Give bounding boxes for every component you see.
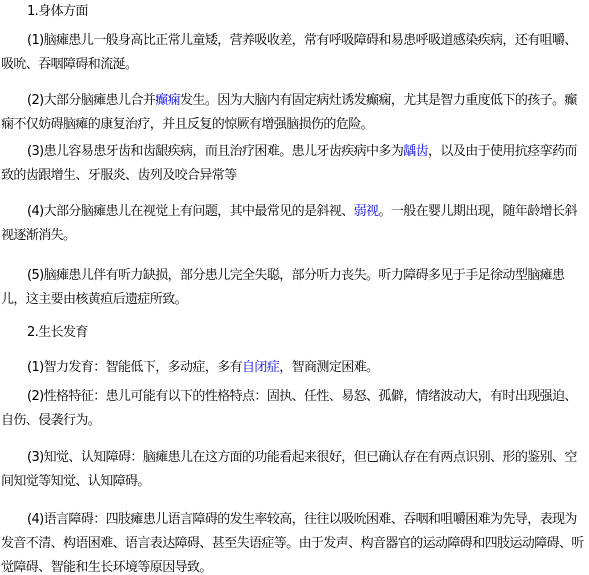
section-heading-body: 1.身体方面 xyxy=(1,0,589,24)
section-heading-growth: 2.生长发育 xyxy=(1,321,589,345)
link-dental-caries[interactable]: 龋齿 xyxy=(403,144,428,159)
paragraph-body-2: (2)大部分脑瘫患儿合并癫痫发生。因为大脑内有固定病灶诱发癫痫，尤其是智力重度低… xyxy=(1,89,589,137)
link-amblyopia[interactable]: 弱视 xyxy=(354,204,379,219)
text: ，智商测定困难。 xyxy=(279,360,378,375)
text: (4)大部分脑瘫患儿在视觉上有问题，其中最常见的是斜视、 xyxy=(27,204,354,219)
paragraph-growth-1: (1)智力发育：智能低下，多动症，多有自闭症，智商测定困难。 xyxy=(1,356,589,380)
text: (2)大部分脑瘫患儿合并 xyxy=(27,93,155,108)
paragraph-growth-2: (2)性格特征：患儿可能有以下的性格特点：固执、任性、易怒、孤僻，情绪波动大，有… xyxy=(1,385,589,433)
paragraph-body-1: (1)脑瘫患儿一般身高比正常儿童矮，营养吸收差，常有呼吸障碍和易患呼吸道感染疾病… xyxy=(1,29,589,77)
link-autism[interactable]: 自闭症 xyxy=(242,360,279,375)
link-epilepsy[interactable]: 癫痫 xyxy=(155,93,180,108)
paragraph-body-4: (4)大部分脑瘫患儿在视觉上有问题，其中最常见的是斜视、弱视。一般在婴儿期出现，… xyxy=(1,200,589,248)
paragraph-growth-3: (3)知觉、认知障碍：脑瘫患儿在这方面的功能看起来很好，但已确认存在有两点识别、… xyxy=(1,446,589,494)
paragraph-body-3: (3)患儿容易患牙齿和齿龈疾病，而且治疗困难。患儿牙齿疾病中多为龋齿，以及由于使… xyxy=(1,140,589,188)
text: (1)智力发育：智能低下，多动症，多有 xyxy=(27,360,242,375)
paragraph-growth-4: (4)语言障碍：四肢瘫患儿语言障碍的发生率较高，往往以吸吮困难、吞咽和咀嚼困难为… xyxy=(1,508,589,575)
paragraph-body-5: (5)脑瘫患儿伴有听力缺损，部分患儿完全失聪，部分听力丧失。听力障碍多见于手足徐… xyxy=(1,264,589,312)
text: (3)患儿容易患牙齿和齿龈疾病，而且治疗困难。患儿牙齿疾病中多为 xyxy=(27,144,403,159)
